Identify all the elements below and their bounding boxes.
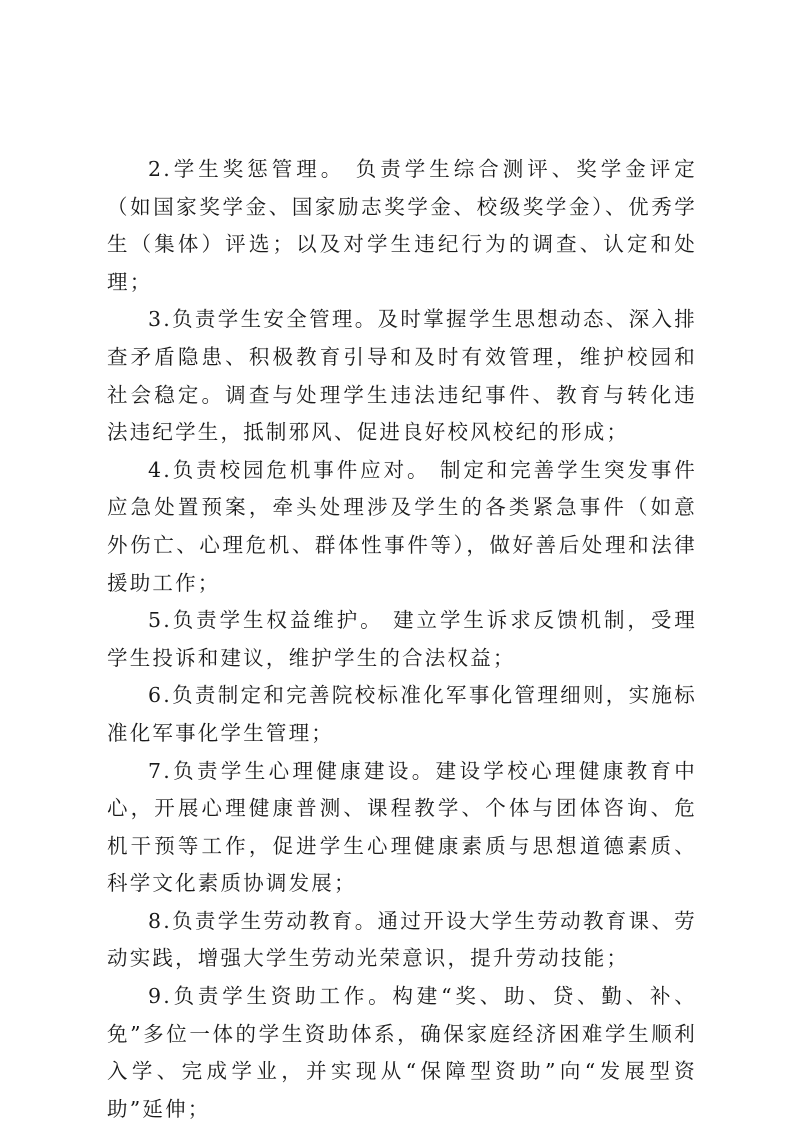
paragraph-mental-health: 7.负责学生心理健康建设。建设学校心理健康教育中心，开展心理健康普测、课程教学、…: [107, 753, 697, 903]
paragraph-military-management: 6.负责制定和完善院校标准化军事化管理细则，实施标准化军事化学生管理；: [107, 677, 697, 752]
paragraph-student-safety: 3.负责学生安全管理。及时掌握学生思想动态、深入排查矛盾隐患、积极教育引导和及时…: [107, 301, 697, 451]
paragraph-student-rights: 5.负责学生权益维护。 建立学生诉求反馈机制，受理学生投诉和建议，维护学生的合法…: [107, 602, 697, 677]
paragraph-campus-crisis: 4.负责校园危机事件应对。 制定和完善学生突发事件应急处置预案，牵头处理涉及学生…: [107, 452, 697, 602]
paragraph-student-rewards-punishments: 2.学生奖惩管理。 负责学生综合测评、奖学金评定（如国家奖学金、国家励志奖学金、…: [107, 151, 697, 301]
paragraph-labor-education: 8.负责学生劳动教育。通过开设大学生劳动教育课、劳动实践，增强大学生劳动光荣意识…: [107, 903, 697, 978]
document-page: 2.学生奖惩管理。 负责学生综合测评、奖学金评定（如国家奖学金、国家励志奖学金、…: [107, 151, 697, 1122]
paragraph-financial-aid: 9.负责学生资助工作。构建“奖、助、贷、勤、补、免”多位一体的学生资助体系，确保…: [107, 978, 697, 1122]
